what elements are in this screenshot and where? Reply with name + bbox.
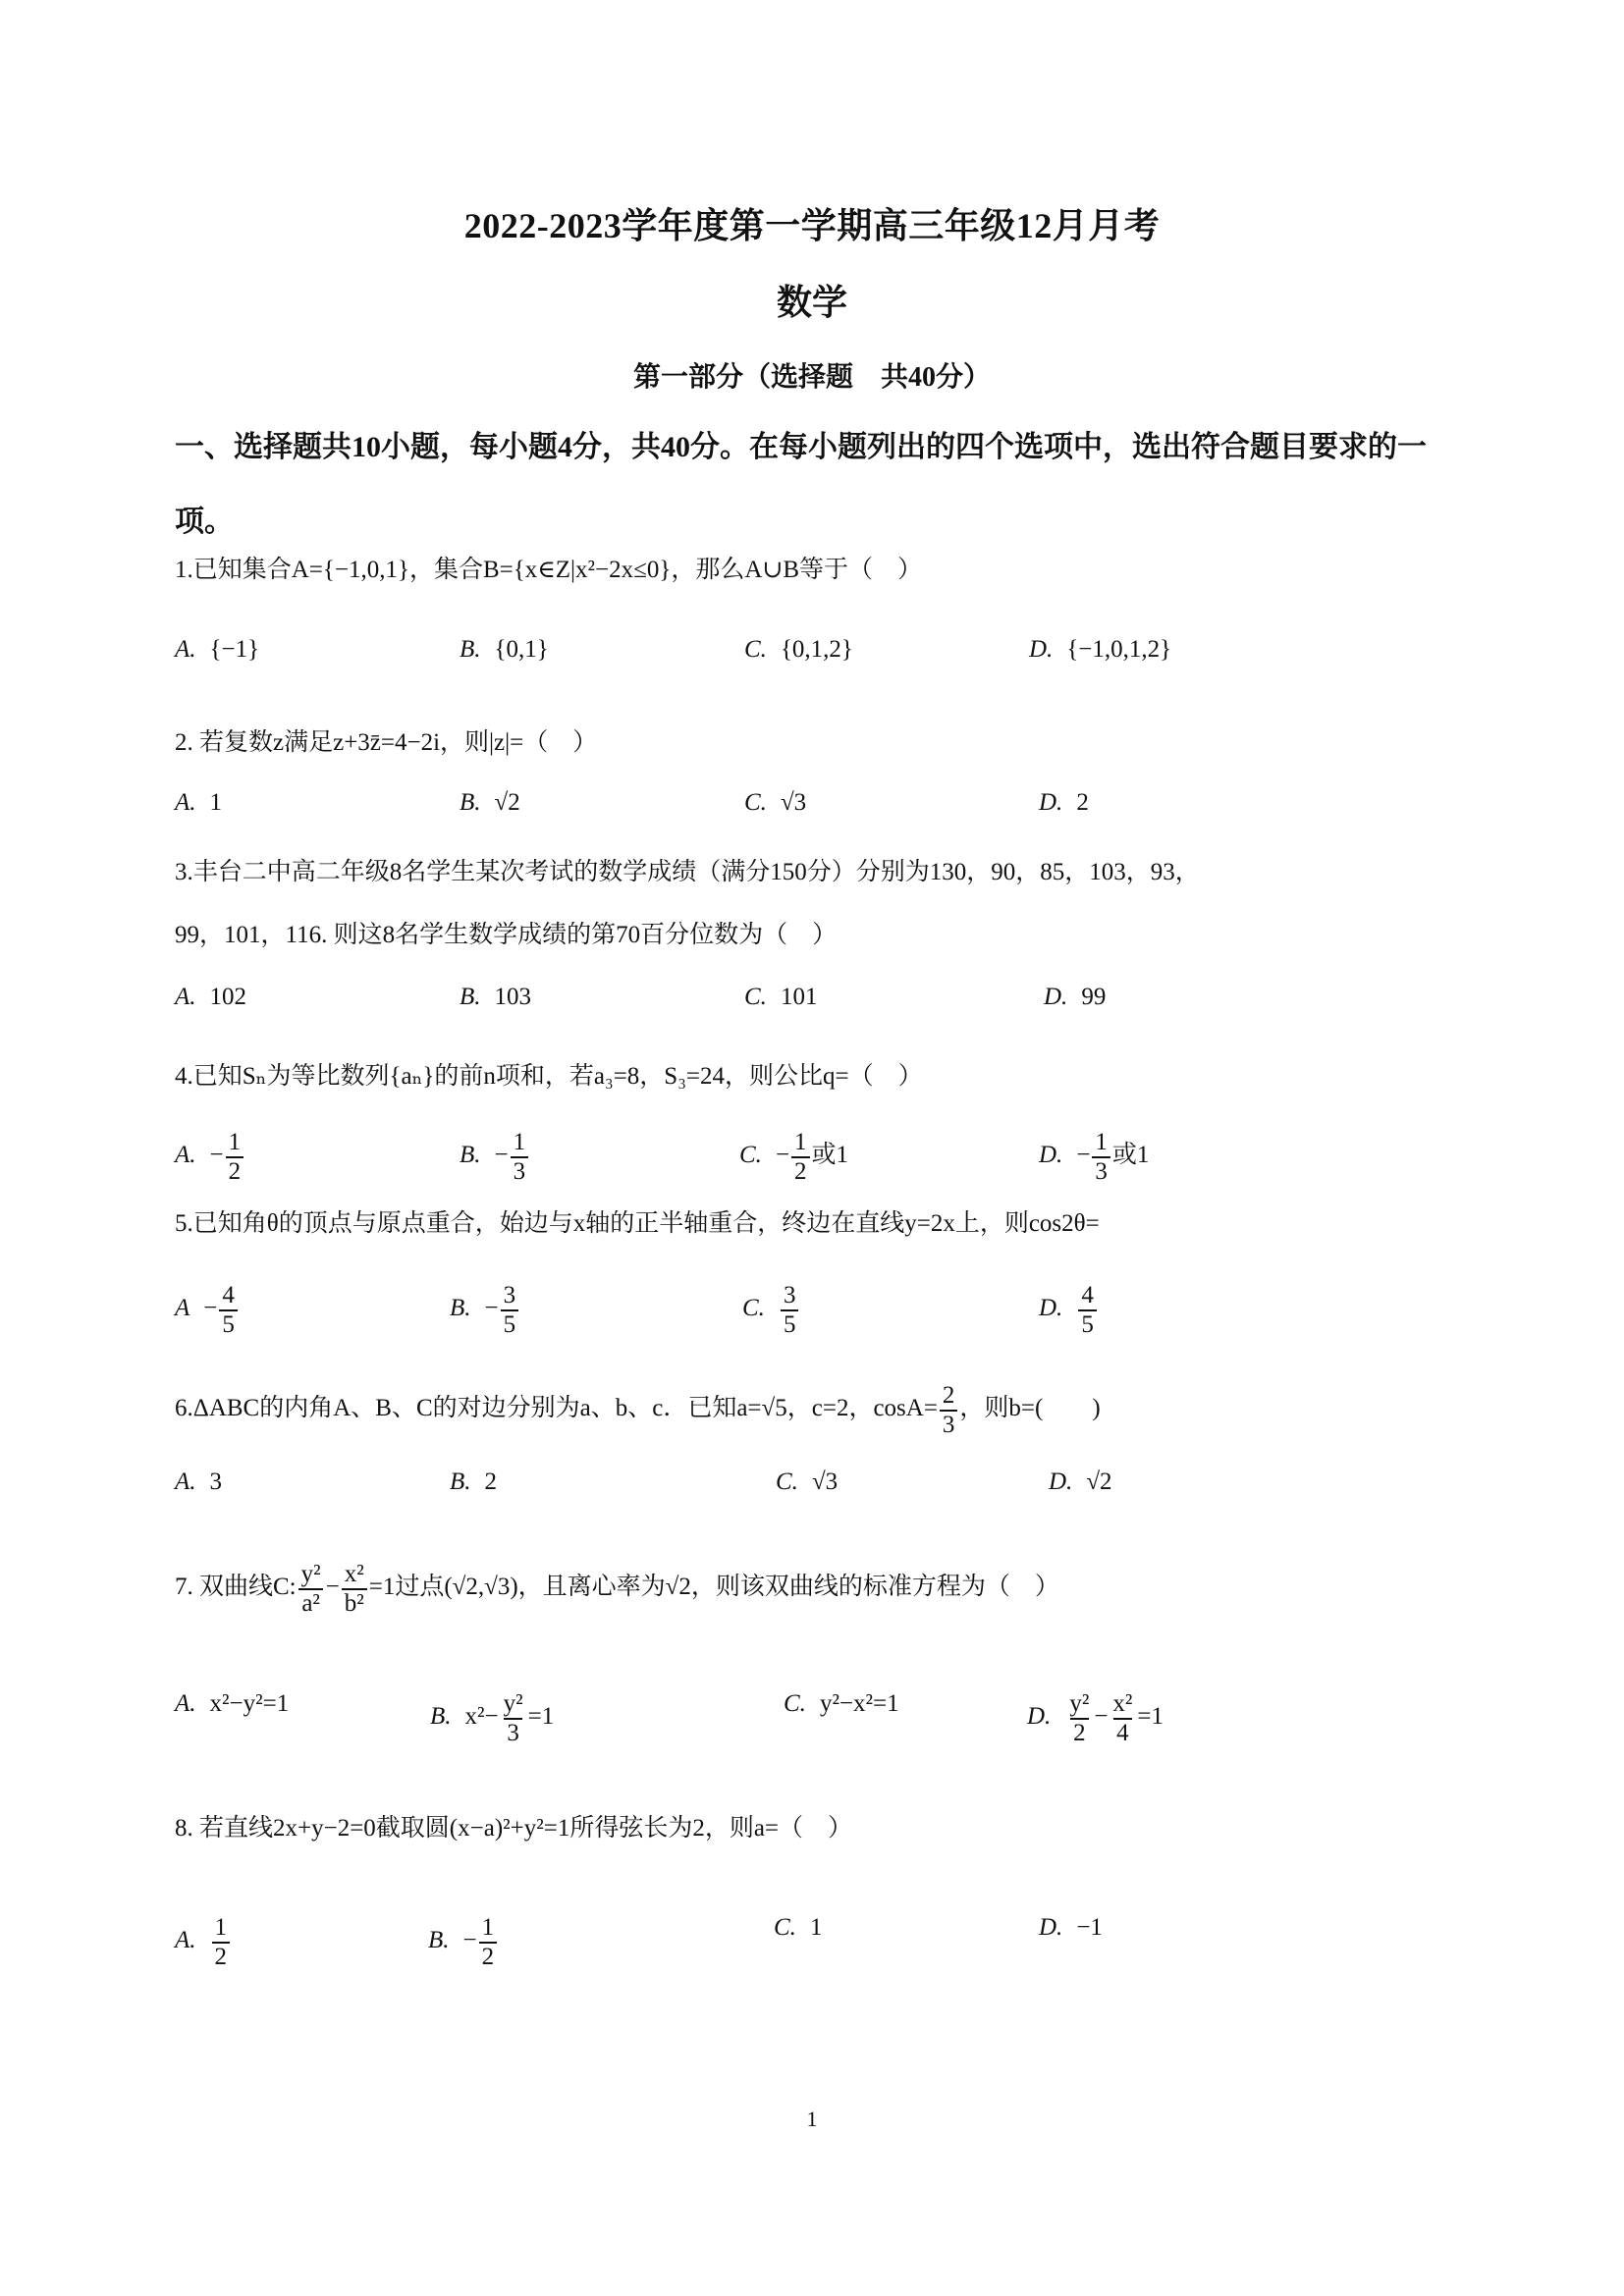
option-b: B.−12 xyxy=(428,1914,499,1970)
option-a: A−45 xyxy=(175,1282,240,1338)
option-c: C.35 xyxy=(742,1282,800,1338)
option-a: A.x²−y²=1 xyxy=(175,1690,289,1718)
question-7-options: A.x²−y²=1 B.x²−y²3=1 C.y²−x²=1 D.y²2−x²4… xyxy=(175,1690,1471,1749)
option-b: B.2 xyxy=(450,1468,497,1496)
option-b: B.√2 xyxy=(460,789,520,817)
option-b: B.103 xyxy=(460,984,531,1011)
option-a: A.{−1} xyxy=(175,636,259,664)
option-c: C.√3 xyxy=(776,1468,838,1496)
option-a: A.−12 xyxy=(175,1129,245,1185)
option-c: C.−12或1 xyxy=(739,1129,848,1185)
question-3-options: A.102 B.103 C.101 D.99 xyxy=(175,984,1471,1042)
option-d: D.−13或1 xyxy=(1039,1129,1149,1185)
option-b: B.−13 xyxy=(460,1129,530,1185)
question-8-options: A.12 B.−12 C.1 D.−1 xyxy=(175,1914,1471,1973)
section-instructions: 一、选择题共10小题，每小题4分，共40分。在每小题列出的四个选项中，选出符合题… xyxy=(175,410,1471,560)
question-3-stem-line2: 99，101，116. 则这8名学生数学成绩的第70百分位数为（ ） xyxy=(175,917,1471,954)
option-a: A.12 xyxy=(175,1914,232,1970)
question-2-stem: 2. 若复数z满足z+3z̄=4−2i，则|z|=（ ） xyxy=(175,724,1471,762)
option-a: A.1 xyxy=(175,789,222,817)
question-2-options: A.1 B.√2 C.√3 D.2 xyxy=(175,789,1471,848)
option-d: D.y²2−x²4=1 xyxy=(1027,1690,1164,1746)
option-d: D.−1 xyxy=(1039,1914,1103,1942)
question-1-options: A.{−1} B.{0,1} C.{0,1,2} D.{−1,0,1,2} xyxy=(175,636,1471,695)
exam-page: 2022-2023学年度第一学期高三年级12月月考 数学 第一部分（选择题 共4… xyxy=(0,0,1624,2296)
option-d: D.√2 xyxy=(1049,1468,1112,1496)
part-heading: 第一部分（选择题 共40分） xyxy=(0,355,1624,395)
question-1-stem: 1.已知集合A={−1,0,1}，集合B={x∈Z|x²−2x≤0}，那么A∪B… xyxy=(175,552,1471,589)
option-c: C.1 xyxy=(774,1914,822,1942)
exam-title: 2022-2023学年度第一学期高三年级12月月考 xyxy=(0,198,1624,248)
option-d: D.45 xyxy=(1039,1282,1099,1338)
option-c: C.101 xyxy=(744,984,817,1011)
question-3-stem-line1: 3.丰台二中高二年级8名学生某次考试的数学成绩（满分150分）分别为130，90… xyxy=(175,854,1471,891)
question-6-stem: 6.ΔABC的内角A、B、C的对边分别为a、b、c．已知a=√5，c=2，cos… xyxy=(175,1382,1471,1438)
option-c: C.{0,1,2} xyxy=(744,636,853,664)
option-b: B.{0,1} xyxy=(460,636,549,664)
question-7-stem: 7. 双曲线C:y²a²−x²b²=1过点(√2,√3)，且离心率为√2，则该双… xyxy=(175,1561,1471,1617)
option-b: B.x²−y²3=1 xyxy=(430,1690,554,1746)
option-c: C.√3 xyxy=(744,789,806,817)
question-4-stem: 4.已知Sₙ为等比数列{aₙ}的前n项和，若a₃=8，S₃=24，则公比q=（ … xyxy=(175,1058,1471,1095)
question-5-options: A−45 B.−35 C.35 D.45 xyxy=(175,1282,1471,1341)
subject-title: 数学 xyxy=(0,275,1624,325)
question-4-options: A.−12 B.−13 C.−12或1 D.−13或1 xyxy=(175,1129,1471,1188)
option-b: B.−35 xyxy=(450,1282,520,1338)
question-6-options: A.3 B.2 C.√3 D.√2 xyxy=(175,1468,1471,1527)
option-a: A.102 xyxy=(175,984,246,1011)
question-8-stem: 8. 若直线2x+y−2=0截取圆(x−a)²+y²=1所得弦长为2，则a=（ … xyxy=(175,1810,1471,1847)
option-a: A.3 xyxy=(175,1468,222,1496)
page-number: 1 xyxy=(0,2107,1624,2132)
option-d: D.99 xyxy=(1044,984,1106,1011)
option-c: C.y²−x²=1 xyxy=(784,1690,899,1718)
option-d: D.2 xyxy=(1039,789,1089,817)
option-d: D.{−1,0,1,2} xyxy=(1029,636,1171,664)
question-5-stem: 5.已知角θ的顶点与原点重合，始边与x轴的正半轴重合，终边在直线y=2x上，则c… xyxy=(175,1205,1471,1243)
